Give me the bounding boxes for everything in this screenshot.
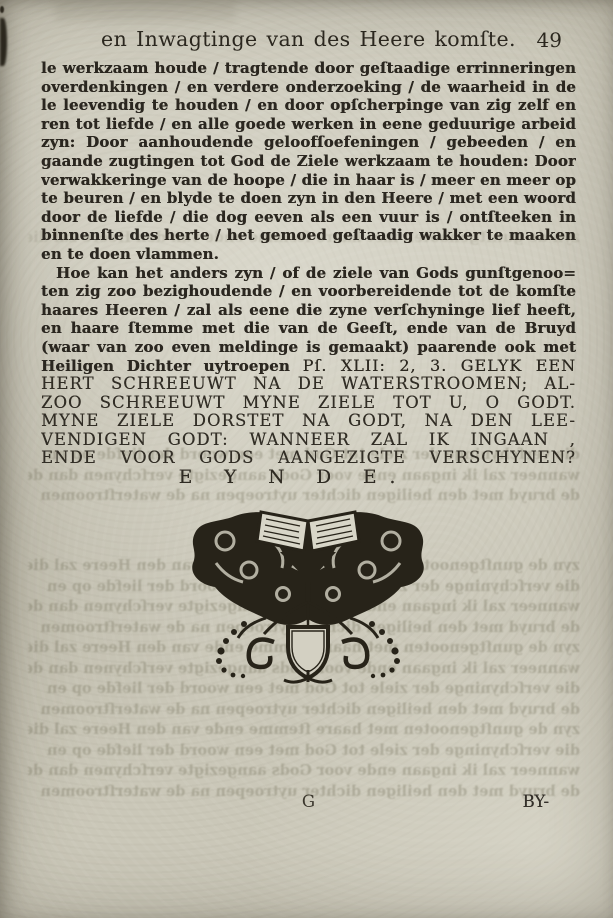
text-line: le leevendig te houden / en door opſcher… xyxy=(41,96,576,115)
showthrough-line: die verſchyninge der ziele tot God met e… xyxy=(28,741,580,762)
finis-label: E Y N D E. xyxy=(41,467,546,488)
showthrough-line: de bruyd met den heiligen dichter uytroe… xyxy=(28,700,580,721)
scanned-book-page: zyn de gunſtgenooten met haare ſtemme en… xyxy=(0,0,613,918)
text-line: MYNE ZIELE DORSTET NA GODT, NA DEN LEE- xyxy=(41,412,576,431)
text-line: door de liefde / die dog eeven als een v… xyxy=(41,208,576,227)
text-line: verwakkeringe van de hoope / die in haar… xyxy=(41,171,576,190)
catchword: BY- xyxy=(523,792,550,811)
text-line: Heiligen Dichter uytroepen Pſ. XLII: 2, … xyxy=(41,357,576,376)
text-line: le werkzaam houde / tragtende door geſta… xyxy=(41,59,576,78)
text-line: binnenſte des herte / het gemoed geſtaad… xyxy=(41,226,576,245)
showthrough-line: wanneer zal ik ingaan ende voor Gods aan… xyxy=(28,761,580,782)
page-title: en Inwagtinge van des Heere komſte. xyxy=(41,27,576,51)
text-span: Pſ. XLII: 2, 3. GELYK EEN xyxy=(303,357,576,375)
page-edge-mark xyxy=(0,18,7,66)
text-line: overdenkingen / en verdere onderzoeking … xyxy=(41,78,576,97)
tailpiece-ornament xyxy=(188,506,428,690)
page-number: 49 xyxy=(537,28,562,52)
text-span: Heiligen Dichter uytroepen xyxy=(41,357,303,375)
text-line: ZOO SCHREEUWT MYNE ZIELE TOT U, O GODT. xyxy=(41,394,576,413)
page-edge-mark xyxy=(0,6,4,13)
text-line: en te doen vlammen. xyxy=(41,245,576,264)
text-line: HERT SCHREEUWT NA DE WATERSTROOMEN; AL- xyxy=(41,375,576,394)
showthrough-line: de bruyd met den heiligen dichter uytroe… xyxy=(28,486,580,507)
text-line: ten zig zoo bezighoudende / en voorberei… xyxy=(41,282,576,301)
text-line: ren tot liefde / en alle goede werken in… xyxy=(41,115,576,134)
text-line: Hoe kan het anders zyn / of de ziele van… xyxy=(41,264,576,283)
signature-mark: G xyxy=(41,792,576,811)
text-line: te beuren / en blyde te doen zyn in den … xyxy=(41,189,576,208)
body-text: le werkzaam houde / tragtende door geſta… xyxy=(41,59,576,468)
text-line: en haare ſtemme met die van de Geeſt, en… xyxy=(41,319,576,338)
open-book-ornament-icon xyxy=(188,506,428,686)
text-line: zyn: Door aanhoudende geloofſoefeningen … xyxy=(41,133,576,152)
text-line: haares Heeren / zal als eene die zyne ve… xyxy=(41,301,576,320)
running-head: en Inwagtinge van des Heere komſte. 49 xyxy=(41,27,576,55)
text-line: ENDE VOOR GODS AANGEZIGTE VERSCHYNEN? xyxy=(41,449,576,468)
text-line: VENDIGEN GODT: WANNEER ZAL IK INGAAN , xyxy=(41,431,576,450)
text-line: (waar van zoo even meldinge is gemaakt) … xyxy=(41,338,576,357)
text-line: gaande zugtingen tot God de Ziele werkza… xyxy=(41,152,576,171)
ink-smudge xyxy=(55,0,235,22)
showthrough-line: zyn de gunſtgenooten met haare ſtemme en… xyxy=(28,720,580,741)
